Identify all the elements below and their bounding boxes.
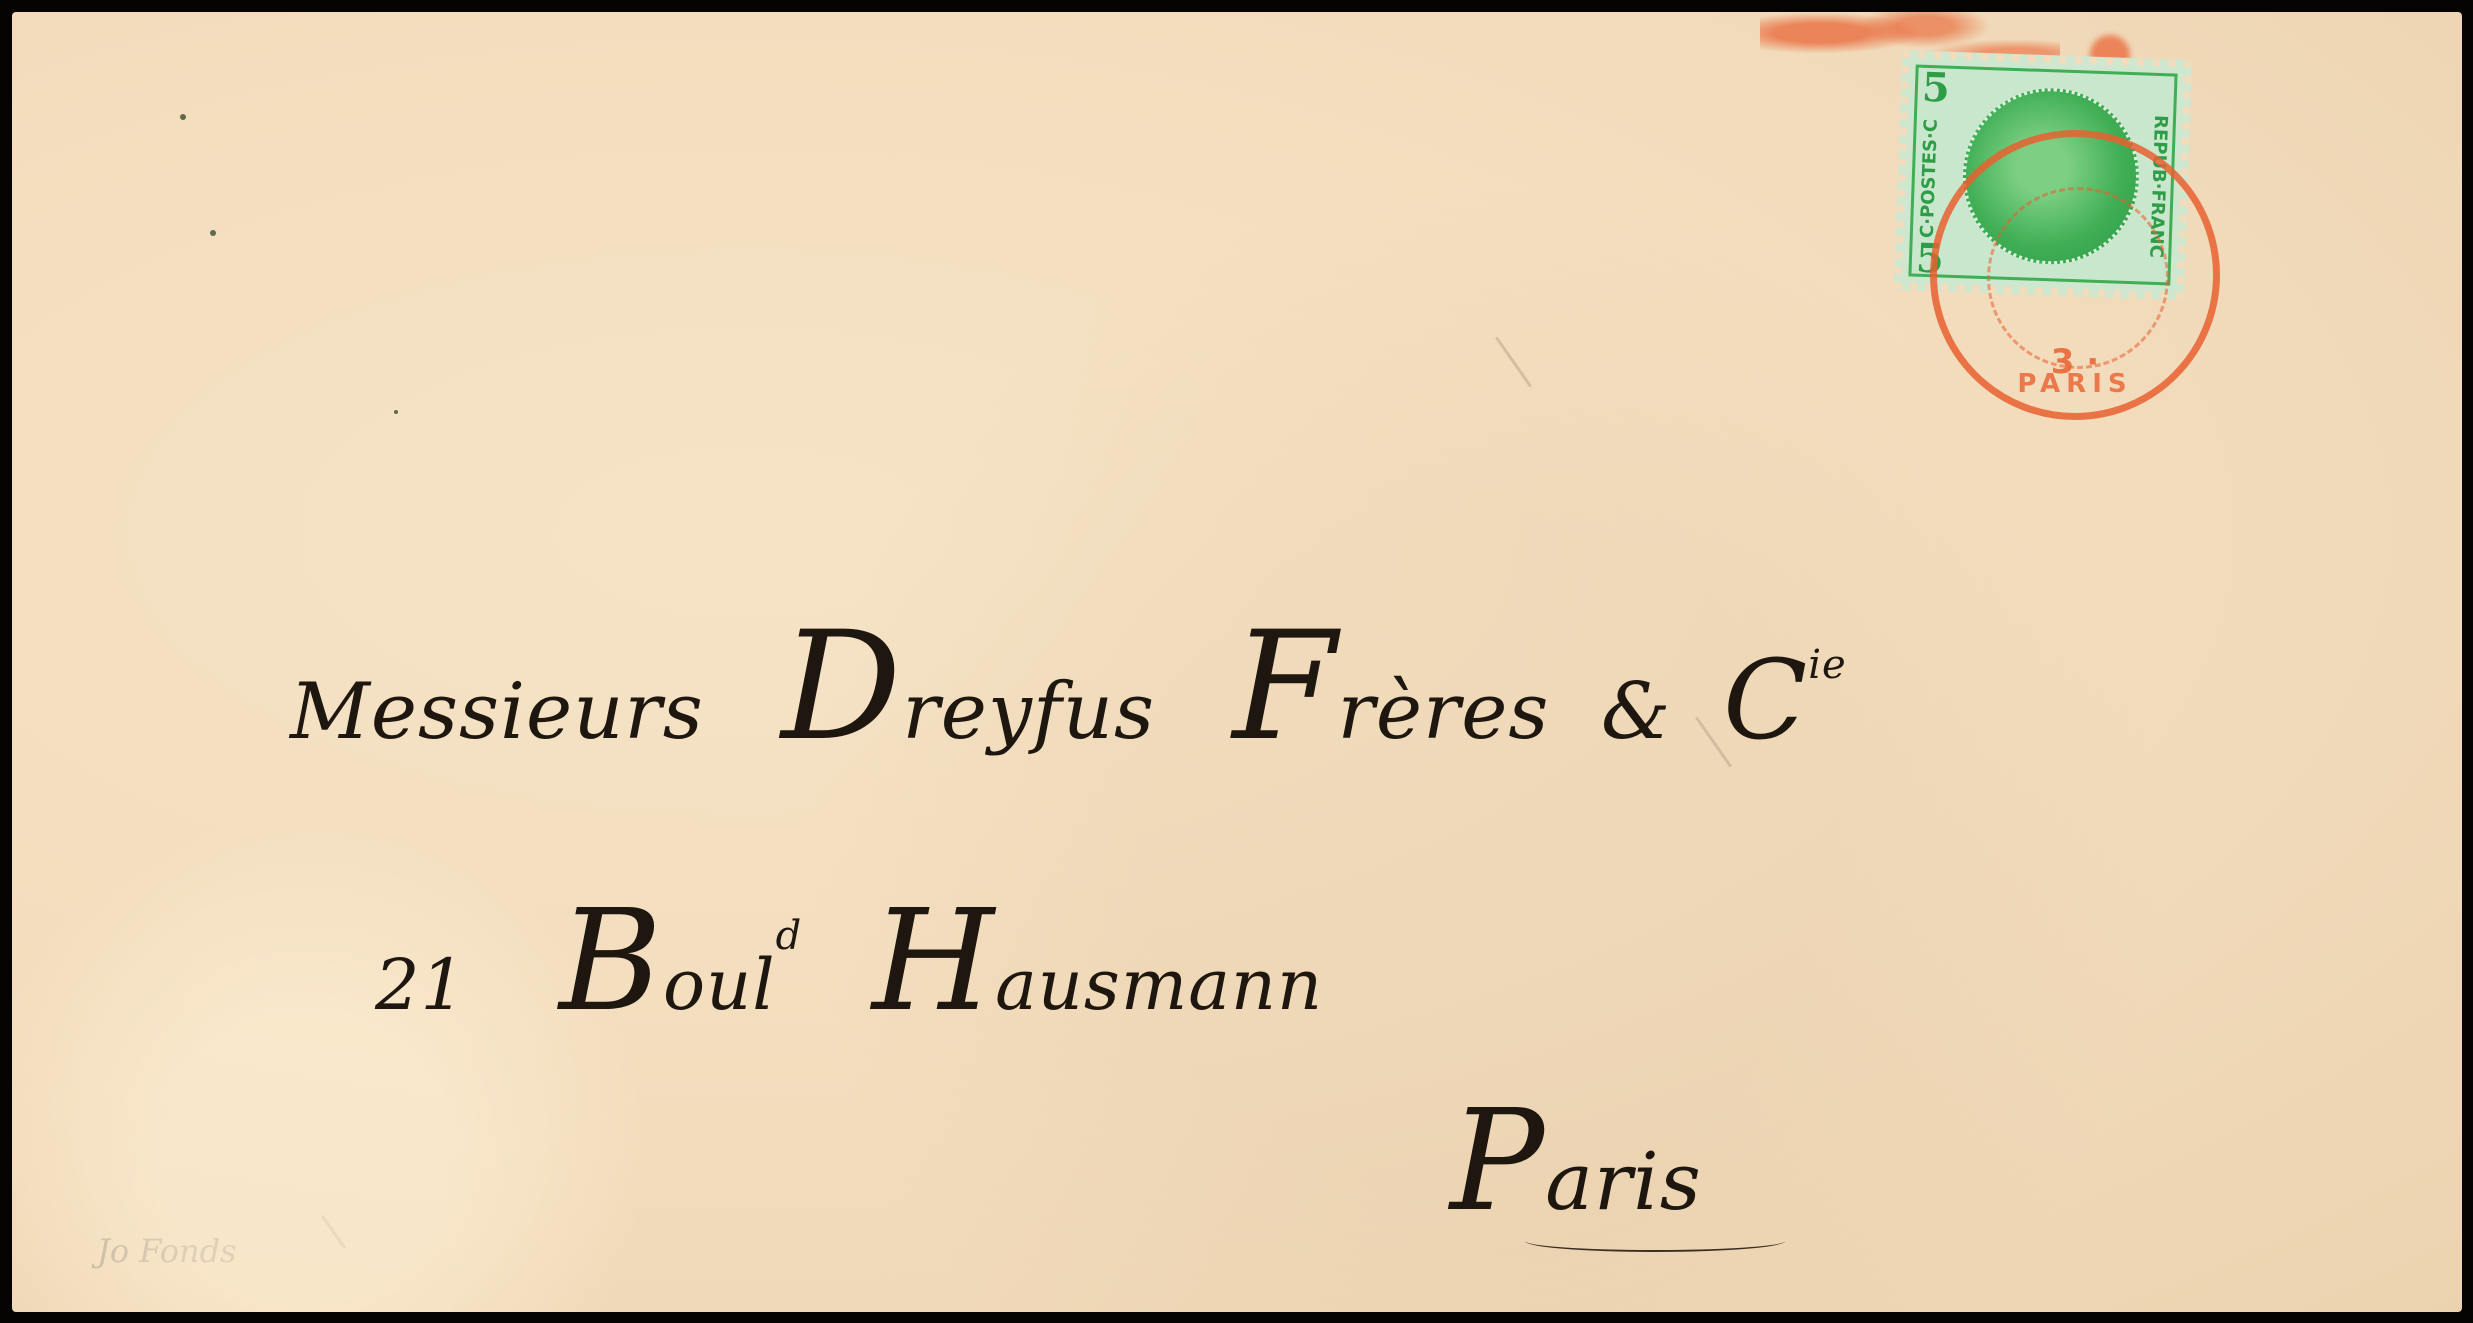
street-type-initial: B [559, 880, 663, 1043]
city-initial: P [1450, 1080, 1545, 1243]
company-initial: C [1723, 636, 1808, 764]
pencil-note: Jo Fonds [97, 1232, 237, 1270]
ampersand: & [1601, 667, 1671, 757]
addressee-name: reyfus [902, 667, 1155, 757]
firm-word: rères [1338, 667, 1550, 757]
street-name: ausmann [995, 944, 1323, 1026]
street-name-initial: H [872, 880, 995, 1043]
show-through-mark [1495, 337, 1532, 388]
city-name: aris [1545, 1135, 1702, 1228]
street-type-superscript: d [776, 913, 803, 959]
address-line-3: Paris [1450, 1080, 1702, 1243]
salutation: Messieurs [290, 667, 704, 757]
ink-speck [394, 410, 398, 414]
postmark: 3 · PARIS [1930, 130, 2220, 420]
addressee-initial: D [781, 600, 902, 774]
address-line-1: Messieurs Dreyfus Frères & Cie [290, 600, 1847, 774]
company-superscript: ie [1808, 642, 1846, 688]
street-number: 21 [375, 944, 466, 1026]
street-type: oul [663, 944, 776, 1026]
postmark-town: PARIS [1937, 369, 2213, 399]
firm-initial: F [1232, 600, 1337, 774]
ink-speck [210, 230, 216, 236]
show-through-mark [321, 1215, 346, 1249]
ink-speck [180, 114, 186, 120]
city-underline-flourish [1525, 1230, 1785, 1252]
stamp-value-top: 5 [1921, 64, 1950, 112]
address-line-2: 21 Bould Hausmann [375, 880, 1323, 1043]
